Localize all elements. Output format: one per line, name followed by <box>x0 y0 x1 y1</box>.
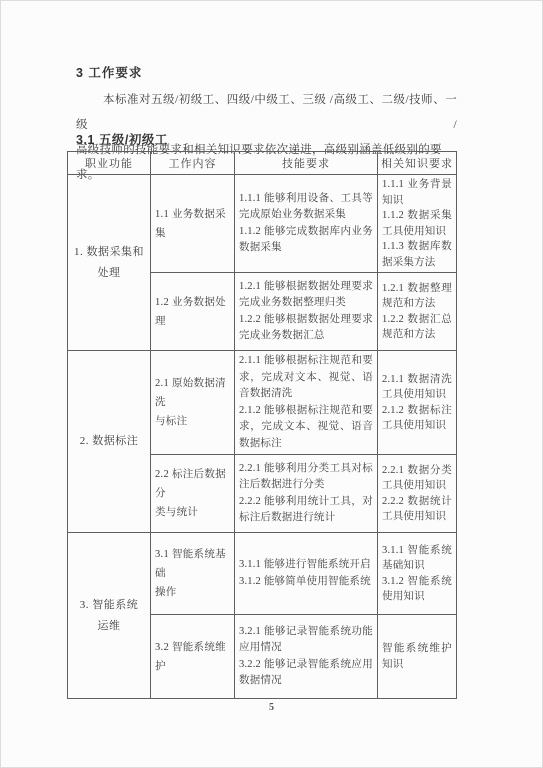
cell-knowledge-3-1: 3.1.1 智能系统基础知识 3.1.2 智能系统使用知识 <box>378 533 457 615</box>
table-row: 3. 智能系统 运维 3.1 智能系统基础 操作 3.1.1 能够进行智能系统开… <box>68 533 457 615</box>
knowledge-item: 2.1.2 数据标注工具使用知识 <box>382 403 452 434</box>
knowledge-item: 1.1.2 数据采集工具使用知识 <box>382 208 452 239</box>
cell-skills-1-2: 1.2.1 能够根据数据处理要求完成业务数据整理归类 1.2.2 能够根据数据处… <box>235 273 378 351</box>
knowledge-item: 1.1.1 业务背景知识 <box>382 177 452 208</box>
skill-item: 3.1.2 能够简单使用智能系统 <box>239 574 373 591</box>
skill-item: 1.2.1 能够根据数据处理要求完成业务数据整理归类 <box>239 279 373 312</box>
cell-skills-1-1: 1.1.1 能够利用设备、工具等完成原始业务数据采集 1.1.2 能够完成数据库… <box>235 175 378 273</box>
skill-item: 3.2.2 能够记录智能系统应用数据情况 <box>239 657 373 690</box>
cell-skills-2-2: 2.2.1 能够利用分类工具对标注后数据进行分类 2.2.2 能够利用统计工具，… <box>235 455 378 533</box>
subsection-heading: 3.1 五级/初级工 <box>76 130 168 148</box>
document-page: 3 工作要求 本标准对五级/初级工、四级/中级工、三级 /高级工、二级/技师、一… <box>0 0 543 768</box>
cell-function-1: 1. 数据采集和 处理 <box>68 175 151 351</box>
cell-skills-2-1: 2.1.1 能够根据标注规范和要求，完成对文本、视觉、语音数据清洗 2.1.2 … <box>235 351 378 455</box>
skill-item: 2.2.2 能够利用统计工具，对标注后数据进行统计 <box>239 494 373 527</box>
cell-content-1-2: 1.2 业务数据处理 <box>151 273 235 351</box>
knowledge-item: 1.2.1 数据整理规范和方法 <box>382 281 452 312</box>
knowledge-item: 3.1.1 智能系统基础知识 <box>382 543 452 574</box>
skill-requirements-table: 职业功能 工作内容 技能要求 相关知识要求 1. 数据采集和 处理 1.1 业务… <box>67 151 457 699</box>
header-knowledge-requirements: 相关知识要求 <box>378 152 457 175</box>
skill-item: 3.2.1 能够记录智能系统功能应用情况 <box>239 624 373 657</box>
cell-function-3: 3. 智能系统 运维 <box>68 533 151 699</box>
header-work-content: 工作内容 <box>151 152 235 175</box>
cell-knowledge-2-1: 2.1.1 数据清洗工具使用知识 2.1.2 数据标注工具使用知识 <box>378 351 457 455</box>
cell-content-3-2: 3.2 智能系统维护 <box>151 615 235 699</box>
skill-item: 2.1.2 能够根据标注规范和要求，完成文本、视觉、语音数据标注 <box>239 403 373 453</box>
knowledge-item: 2.1.1 数据清洗工具使用知识 <box>382 372 452 403</box>
knowledge-item: 智能系统维护知识 <box>382 641 452 672</box>
skill-item: 1.2.2 能够根据数据处理要求完成业务数据汇总 <box>239 312 373 345</box>
header-skill-requirements: 技能要求 <box>235 152 378 175</box>
skill-item: 2.1.1 能够根据标注规范和要求，完成对文本、视觉、语音数据清洗 <box>239 353 373 403</box>
cell-skills-3-1: 3.1.1 能够进行智能系统开启 3.1.2 能够简单使用智能系统 <box>235 533 378 615</box>
skill-item: 3.1.1 能够进行智能系统开启 <box>239 557 373 574</box>
cell-content-3-1: 3.1 智能系统基础 操作 <box>151 533 235 615</box>
skill-item: 2.2.1 能够利用分类工具对标注后数据进行分类 <box>239 461 373 494</box>
cell-function-2: 2. 数据标注 <box>68 351 151 533</box>
table-header-row: 职业功能 工作内容 技能要求 相关知识要求 <box>68 152 457 175</box>
cell-knowledge-2-2: 2.2.1 数据分类工具使用知识 2.2.2 数据统计工具使用知识 <box>378 455 457 533</box>
cell-knowledge-1-1: 1.1.1 业务背景知识 1.1.2 数据采集工具使用知识 1.1.3 数据库数… <box>378 175 457 273</box>
skill-item: 1.1.1 能够利用设备、工具等完成原始业务数据采集 <box>239 191 373 224</box>
cell-knowledge-3-2: 智能系统维护知识 <box>378 615 457 699</box>
knowledge-item: 1.1.3 数据库数据采集方法 <box>382 239 452 270</box>
knowledge-item: 1.2.2 数据汇总规范和方法 <box>382 312 452 343</box>
cell-content-2-1: 2.1 原始数据清洗 与标注 <box>151 351 235 455</box>
cell-skills-3-2: 3.2.1 能够记录智能系统功能应用情况 3.2.2 能够记录智能系统应用数据情… <box>235 615 378 699</box>
table-row: 2. 数据标注 2.1 原始数据清洗 与标注 2.1.1 能够根据标注规范和要求… <box>68 351 457 455</box>
skill-item: 1.1.2 能够完成数据库内业务数据采集 <box>239 224 373 257</box>
cell-content-1-1: 1.1 业务数据采集 <box>151 175 235 273</box>
knowledge-item: 2.2.1 数据分类工具使用知识 <box>382 463 452 494</box>
header-job-function: 职业功能 <box>68 152 151 175</box>
section-heading: 3 工作要求 <box>76 63 142 81</box>
page-number: 5 <box>1 702 542 713</box>
knowledge-item: 3.1.2 智能系统使用知识 <box>382 574 452 605</box>
knowledge-item: 2.2.2 数据统计工具使用知识 <box>382 494 452 525</box>
cell-content-2-2: 2.2 标注后数据分 类与统计 <box>151 455 235 533</box>
cell-knowledge-1-2: 1.2.1 数据整理规范和方法 1.2.2 数据汇总规范和方法 <box>378 273 457 351</box>
table-row: 1. 数据采集和 处理 1.1 业务数据采集 1.1.1 能够利用设备、工具等完… <box>68 175 457 273</box>
